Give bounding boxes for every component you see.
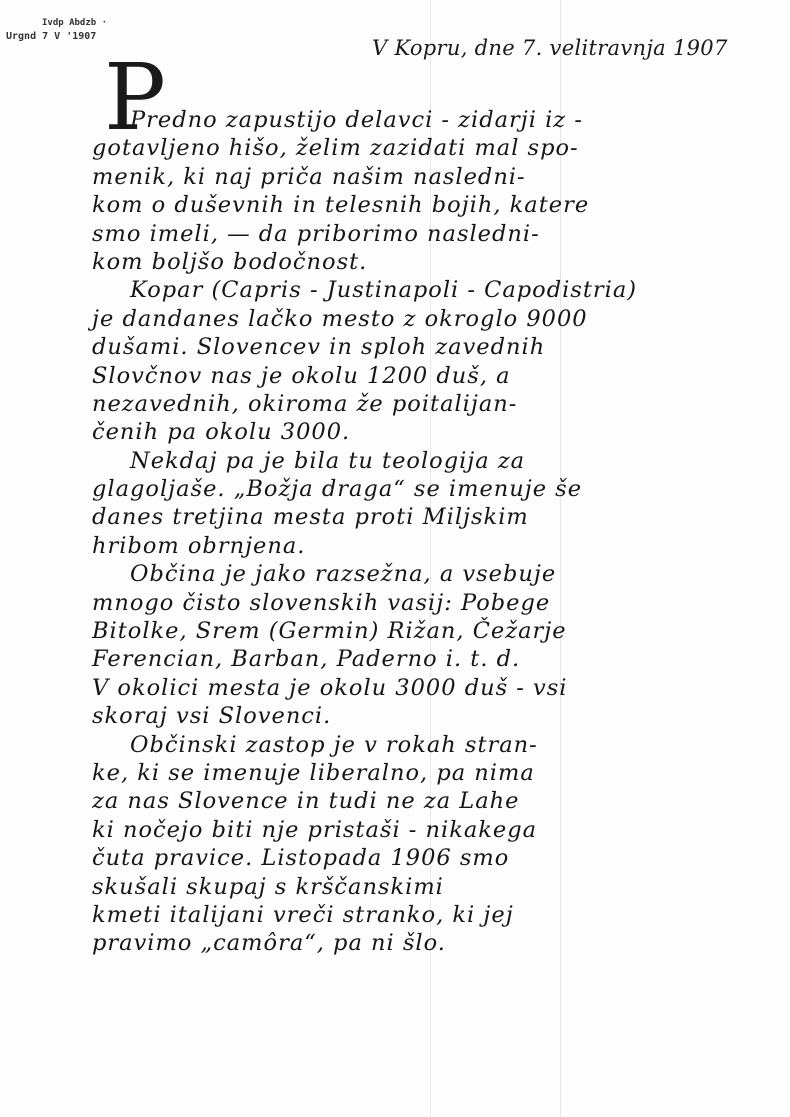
letter-line: Slovčnov nas je okolu 1200 duš, a: [92, 362, 732, 390]
letter-line: pravimo „camôra“, pa ni šlo.: [92, 929, 732, 957]
letter-line: nezavednih, okiroma že poitalijan-: [92, 390, 732, 418]
letter-line: hribom obrnjena.: [92, 532, 732, 560]
letter-line: ki nočejo biti nje pristaši - nikakega: [92, 816, 732, 844]
letter-line: Ferencian, Barban, Paderno i. t. d.: [92, 645, 732, 673]
letter-line: Občina je jako razsežna, a vsebuje: [92, 560, 732, 588]
letter-line: čenih pa okolu 3000.: [92, 418, 732, 446]
letter-line: skušali skupaj s krščanskimi: [92, 873, 732, 901]
letter-line: čuta pravice. Listopada 1906 smo: [92, 844, 732, 872]
stamp-line-2: Urgnd 7 V '1907: [6, 30, 146, 44]
letter-line: kmeti italijani vreči stranko, ki jej: [92, 901, 732, 929]
letter-line: gotavljeno hišo, želim zazidati mal spo-: [92, 134, 732, 162]
letter-line: V okolici mesta je okolu 3000 duš - vsi: [92, 674, 732, 702]
letter-line: smo imeli, — da priborimo nasledni-: [92, 220, 732, 248]
letter-line: kom boljšo bodočnost.: [92, 248, 732, 276]
letter-line: Bitolke, Srem (Germin) Rižan, Čežarje: [92, 617, 732, 645]
handwritten-letter-page: Ivdp Abdzb · Urgnd 7 V '1907 V Kopru, dn…: [0, 0, 790, 1117]
letter-line: Predno zapustijo delavci - zidarji iz -: [92, 106, 732, 134]
letter-line: skoraj vsi Slovenci.: [92, 702, 732, 730]
letter-line: ke, ki se imenuje liberalno, pa nima: [92, 759, 732, 787]
letter-dateline: V Kopru, dne 7. velitravnja 1907: [372, 36, 728, 60]
letter-line: danes tretjina mesta proti Miljskim: [92, 503, 732, 531]
letter-line: je dandanes lačko mesto z okroglo 9000: [92, 305, 732, 333]
stamp-line-1: Ivdp Abdzb ·: [6, 16, 146, 30]
letter-body: Predno zapustijo delavci - zidarji iz -g…: [92, 106, 732, 958]
letter-line: dušami. Slovencev in sploh zavednih: [92, 333, 732, 361]
letter-line: Občinski zastop je v rokah stran-: [92, 731, 732, 759]
letter-line: Kopar (Capris - Justinapoli - Capodistri…: [92, 276, 732, 304]
letter-line: za nas Slovence in tudi ne za Lahe: [92, 787, 732, 815]
letter-line: menik, ki naj priča našim nasledni-: [92, 163, 732, 191]
archive-stamp: Ivdp Abdzb · Urgnd 7 V '1907: [6, 16, 146, 44]
letter-line: kom o duševnih in telesnih bojih, katere: [92, 191, 732, 219]
letter-line: glagoljaše. „Božja draga“ se imenuje še: [92, 475, 732, 503]
letter-line: mnogo čisto slovenskih vasij: Pobege: [92, 589, 732, 617]
letter-line: Nekdaj pa je bila tu teologija za: [92, 447, 732, 475]
